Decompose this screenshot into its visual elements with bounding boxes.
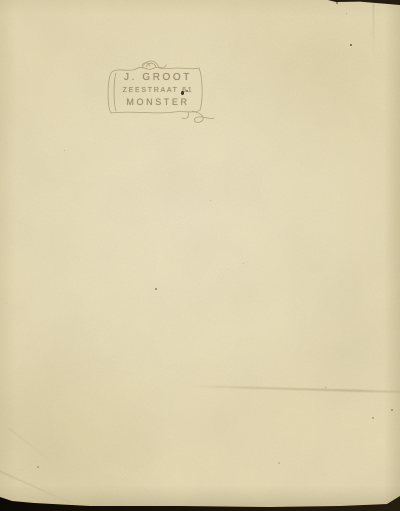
crease-line-horizontal bbox=[188, 385, 400, 393]
foxing-speck bbox=[346, 13, 347, 14]
ink-blot-small bbox=[186, 90, 188, 92]
crease-line-bottom-left bbox=[0, 467, 78, 507]
foxing-speck bbox=[210, 200, 211, 201]
foxing-speck bbox=[155, 288, 157, 290]
photographer-stamp: J. GROOT ZEESTRAAT 61 MONSTER bbox=[102, 56, 214, 130]
foxing-speck bbox=[391, 409, 393, 411]
crease-line-lower-left bbox=[8, 428, 56, 466]
foxing-speck bbox=[336, 2, 338, 4]
foxing-speck bbox=[64, 150, 65, 151]
stamp-line-name: J. GROOT bbox=[102, 72, 214, 83]
stamp-line-city: MONSTER bbox=[102, 97, 214, 107]
paper-sheet: J. GROOT ZEESTRAAT 61 MONSTER bbox=[0, 0, 400, 511]
foxing-speck bbox=[350, 44, 352, 46]
stamp-text: J. GROOT ZEESTRAAT 61 MONSTER bbox=[102, 56, 214, 130]
foxing-speck bbox=[243, 263, 244, 264]
foxing-speck bbox=[37, 466, 39, 468]
scan-backdrop: J. GROOT ZEESTRAAT 61 MONSTER bbox=[0, 0, 400, 511]
crease-line-top-right bbox=[373, 0, 374, 56]
stamp-line-address: ZEESTRAAT 61 bbox=[102, 87, 214, 94]
foxing-speck bbox=[372, 417, 374, 419]
foxing-speck bbox=[325, 387, 326, 388]
foxing-speck bbox=[278, 462, 280, 464]
